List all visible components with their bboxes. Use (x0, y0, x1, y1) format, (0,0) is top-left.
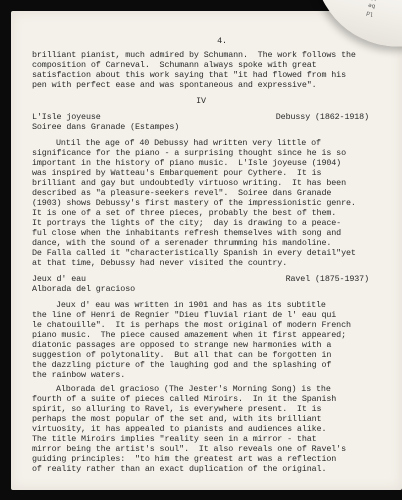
text-line: the line of Henri de Regnier "Dieu fluvi… (32, 310, 392, 320)
text-line: mirror being the artist's soul". It also… (32, 444, 392, 454)
section-numeral: IV (32, 96, 392, 106)
typewritten-page: 4. brilliant pianist, much admired by Sc… (11, 11, 402, 490)
curled-corner-text: ldbethan thebe believe (338, 0, 380, 18)
text-line: fourth of a suite of pieces called Miroi… (32, 394, 392, 404)
text-line: ful close when the inhabitants refresh t… (32, 228, 392, 238)
composer-dates: Debussy (1862-1918) (276, 112, 369, 122)
text-line: dance, with the sound of a serenader thr… (32, 238, 392, 248)
text-line: suggestion of polytonality. But all that… (32, 350, 392, 360)
text-line: le chatouille". It is perhaps the most o… (32, 320, 392, 330)
text-line: the dazzling picture of the laughing god… (32, 360, 392, 370)
ravel-paragraph-2: Alborada del gracioso (The Jester's Morn… (32, 384, 392, 474)
text-line: It is one of a set of three pieces, prob… (32, 208, 392, 218)
text-line: important in the history of piano music.… (32, 158, 392, 168)
text-line: described as "a pleasure-seekers revel".… (32, 188, 392, 198)
text-line: It portrays the lights of the city; day … (32, 218, 392, 228)
opening-paragraph: brilliant pianist, much admired by Schum… (32, 50, 392, 90)
text-line: brilliant pianist, much admired by Schum… (32, 50, 392, 60)
text-line: pen with perfect ease and was spontaneou… (32, 80, 392, 90)
text-line: spirit, so alluring to Ravel, is everywh… (32, 404, 392, 414)
text-line: was inspired by Watteau's Embarquement p… (32, 168, 392, 178)
work-title: L'Isle joyeuse (32, 112, 101, 122)
text-line: significance for the piano - a surprisin… (32, 148, 392, 158)
text-line: Alborada del gracioso (The Jester's Morn… (32, 384, 392, 394)
text-line: Jeux d' eau was written in 1901 and has … (32, 300, 392, 310)
work-title: Jeux d' eau (32, 274, 86, 284)
text-line: virtuosity, it has appealed to pianists … (32, 424, 392, 434)
work-title: Soiree dans Granade (Estampes) (32, 122, 392, 132)
text-line: Until the age of 40 Debussy had written … (32, 138, 392, 148)
work-title: Alborada del gracioso (32, 284, 392, 294)
text-line: piano music. The piece caused amazement … (32, 330, 392, 340)
photo-scene: 4. brilliant pianist, much admired by Sc… (0, 0, 402, 500)
text-line: at that time, Debussy had never visited … (32, 258, 392, 268)
text-line: the rainbow waters. (32, 370, 392, 380)
text-line: composition of Carneval. Schumann always… (32, 60, 392, 70)
text-line: brilliant and gay but undoubtedly virtuo… (32, 178, 392, 188)
text-line: (1903) shows Debussy's first mastery of … (32, 198, 392, 208)
text-line: perhaps the most popular of the set and,… (32, 414, 392, 424)
debussy-title-row: L'Isle joyeuse Debussy (1862-1918) (32, 112, 369, 122)
text-line: of reality rather than an exact duplicat… (32, 464, 392, 474)
page-number: 4. (32, 36, 392, 46)
text-line: De Falla called it "characteristically S… (32, 248, 392, 258)
text-line: satisfaction about this work saying that… (32, 70, 392, 80)
page-text: 4. brilliant pianist, much admired by Sc… (32, 36, 392, 474)
debussy-paragraph: Until the age of 40 Debussy had written … (32, 138, 392, 268)
ravel-paragraph-1: Jeux d' eau was written in 1901 and has … (32, 300, 392, 380)
text-line: guiding principles: "to him the greatest… (32, 454, 392, 464)
text-line: diatonic passages are opposed to strange… (32, 340, 392, 350)
text-line: The title Miroirs implies "reality seen … (32, 434, 392, 444)
composer-dates: Ravel (1875-1937) (286, 274, 369, 284)
ravel-title-row: Jeux d' eau Ravel (1875-1937) (32, 274, 369, 284)
